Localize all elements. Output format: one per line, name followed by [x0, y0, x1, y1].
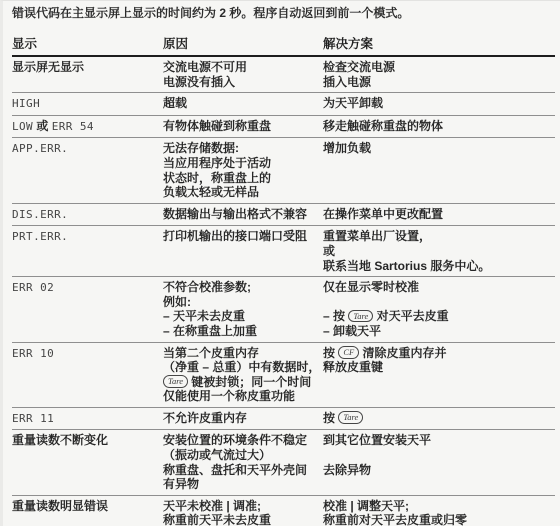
cell-line: 去除异物 — [323, 463, 555, 478]
cell-line: 仅能使用一个称皮重功能 — [163, 389, 323, 404]
cell-line: （净重 – 总重）中有数据时， — [163, 360, 323, 375]
cell-line: （振动或气流过大） — [163, 448, 323, 463]
cell-line — [323, 448, 555, 463]
cell-line: 重量读数不断变化 — [12, 433, 163, 448]
cause-cell: 打印机输出的接口端口受阻 — [163, 229, 323, 273]
cause-cell: 安装位置的环境条件不稳定（振动或气流过大）称重盘、盘托和天平外壳间有异物 — [163, 433, 323, 491]
cf-key-icon: CF — [338, 346, 359, 359]
cell-line: 移走触碰称重盘的物体 — [323, 119, 555, 134]
display-cell: DIS.ERR. — [12, 207, 163, 223]
cell-text: 打印机输出的接口端口受阻 — [163, 229, 307, 243]
cell-text: 有异物 — [163, 477, 199, 491]
cell-text: 去除异物 — [323, 463, 371, 477]
error-code: ERR 54 — [52, 120, 94, 133]
solution-cell: 按 Tare — [323, 411, 555, 427]
cell-line: 打印机输出的接口端口受阻 — [163, 229, 323, 244]
cell-text: 联系当地 Sartorius 服务中心。 — [323, 259, 490, 273]
cell-line: LOW 或 ERR 54 — [12, 119, 163, 135]
cell-text: 重量读数明显错误 — [12, 499, 108, 513]
cell-line: – 天平未去皮重 — [163, 309, 323, 324]
manual-page: 错误代码在主显示屏上显示的时间约为 2 秒。程序自动返回到前一个模式。 显示 原… — [3, 1, 560, 526]
cell-text: 检查交流电源 — [323, 60, 395, 74]
cell-line: 不符合校准参数; — [163, 280, 323, 295]
table-body: 显示屏无显示交流电源不可用电源没有插入检查交流电源插入电源HIGH超载为天平卸载… — [12, 57, 555, 526]
solution-cell: 按 CF 清除皮重内存并释放皮重键 — [323, 346, 555, 404]
error-code: HIGH — [12, 97, 40, 110]
cell-line: 显示屏无显示 — [12, 60, 163, 75]
cell-line: 为天平卸载 — [323, 96, 555, 111]
cell-text: 在操作菜单中更改配置 — [323, 207, 443, 221]
cell-line: 称重前天平未去皮重 — [163, 513, 323, 526]
cell-line: – 按 Tare 对天平去皮重 — [323, 309, 555, 324]
table-row: LOW 或 ERR 54有物体触碰到称重盘移走触碰称重盘的物体 — [12, 116, 555, 139]
cell-text: 按 — [323, 411, 338, 425]
cell-text: 当第二个皮重内存 — [163, 346, 259, 360]
cell-line — [323, 295, 555, 310]
tare-key-icon: Tare — [348, 310, 373, 323]
cell-text: 对天平去皮重 — [373, 309, 448, 323]
column-header-cause: 原因 — [163, 37, 323, 52]
cell-text: 清除皮重内存并 — [359, 346, 446, 360]
cell-text: 称重前天平未去皮重 — [163, 513, 271, 526]
table-row: ERR 10当第二个皮重内存（净重 – 总重）中有数据时，Tare 键被封锁；同… — [12, 343, 555, 408]
display-cell: 重量读数明显错误 — [12, 499, 163, 526]
column-header-solution: 解决方案 — [323, 37, 555, 52]
table-row: ERR 02不符合校准参数;例如:– 天平未去皮重– 在称重盘上加重仅在显示零时… — [12, 277, 555, 342]
cell-text: 电源没有插入 — [163, 75, 235, 89]
solution-cell: 在操作菜单中更改配置 — [323, 207, 555, 223]
table-row: PRT.ERR.打印机输出的接口端口受阻重置菜单出厂设置，或联系当地 Sarto… — [12, 226, 555, 277]
tare-key-icon: Tare — [163, 375, 188, 388]
cell-line: APP.ERR. — [12, 141, 163, 157]
display-cell: ERR 02 — [12, 280, 163, 338]
cell-text: 数据输出与输出格式不兼容 — [163, 207, 307, 221]
cause-cell: 有物体触碰到称重盘 — [163, 119, 323, 135]
display-cell: APP.ERR. — [12, 141, 163, 199]
cell-text: 有物体触碰到称重盘 — [163, 119, 271, 133]
cell-line: 有异物 — [163, 477, 323, 492]
table-header-row: 显示 原因 解决方案 — [12, 37, 555, 57]
solution-cell: 检查交流电源插入电源 — [323, 60, 555, 89]
cell-line: 有物体触碰到称重盘 — [163, 119, 323, 134]
cell-line: PRT.ERR. — [12, 229, 163, 245]
cell-line: DIS.ERR. — [12, 207, 163, 223]
cell-line: 超载 — [163, 96, 323, 111]
cause-cell: 无法存储数据:当应用程序处于活动状态时，称重盘上的负载太轻或无样品 — [163, 141, 323, 199]
cell-line: 例如: — [163, 295, 323, 310]
cause-cell: 交流电源不可用电源没有插入 — [163, 60, 323, 89]
cell-line: 联系当地 Sartorius 服务中心。 — [323, 259, 555, 274]
cell-text: – 天平未去皮重 — [163, 309, 245, 323]
cell-line: 增加负载 — [323, 141, 555, 156]
display-cell: PRT.ERR. — [12, 229, 163, 273]
cell-line: 状态时，称重盘上的 — [163, 171, 323, 186]
cell-line: 称重盘、盘托和天平外壳间 — [163, 463, 323, 478]
cell-text: 键被封锁；同一个时间 — [188, 375, 311, 389]
cell-line: 校准 | 调整天平; — [323, 499, 555, 514]
error-code: LOW — [12, 120, 33, 133]
solution-cell: 为天平卸载 — [323, 96, 555, 112]
cell-text: 显示屏无显示 — [12, 60, 84, 74]
cell-line: 重量读数明显错误 — [12, 499, 163, 514]
error-code: DIS.ERR. — [12, 208, 68, 221]
cell-text: 天平未校准 | 调准; — [163, 499, 261, 513]
cell-text: 仅在显示零时校准 — [323, 280, 419, 294]
cell-text: – 在称重盘上加重 — [163, 324, 257, 338]
cell-line: 电源没有插入 — [163, 75, 323, 90]
error-code-table: 显示 原因 解决方案 显示屏无显示交流电源不可用电源没有插入检查交流电源插入电源… — [12, 37, 555, 526]
cell-line: ERR 10 — [12, 346, 163, 362]
cause-cell: 超载 — [163, 96, 323, 112]
cell-line: 释放皮重键 — [323, 360, 555, 375]
table-row: 显示屏无显示交流电源不可用电源没有插入检查交流电源插入电源 — [12, 57, 555, 93]
cell-text: 释放皮重键 — [323, 360, 383, 374]
cell-line: 仅在显示零时校准 — [323, 280, 555, 295]
cell-text: 为天平卸载 — [323, 96, 383, 110]
solution-cell: 仅在显示零时校准 – 按 Tare 对天平去皮重– 卸载天平 — [323, 280, 555, 338]
table-row: APP.ERR.无法存储数据:当应用程序处于活动状态时，称重盘上的负载太轻或无样… — [12, 138, 555, 203]
cell-line: 检查交流电源 — [323, 60, 555, 75]
cell-text: 移走触碰称重盘的物体 — [323, 119, 443, 133]
cell-text: 称重盘、盘托和天平外壳间 — [163, 463, 307, 477]
cell-line: – 卸载天平 — [323, 324, 555, 339]
error-code: PRT.ERR. — [12, 230, 68, 243]
solution-cell: 重置菜单出厂设置，或联系当地 Sartorius 服务中心。 — [323, 229, 555, 273]
cell-text: 超载 — [163, 96, 187, 110]
cause-cell: 不符合校准参数;例如:– 天平未去皮重– 在称重盘上加重 — [163, 280, 323, 338]
cell-text: 负载太轻或无样品 — [163, 185, 259, 199]
display-cell: ERR 11 — [12, 411, 163, 427]
solution-cell: 移走触碰称重盘的物体 — [323, 119, 555, 135]
cell-line: – 在称重盘上加重 — [163, 324, 323, 339]
cell-line: 数据输出与输出格式不兼容 — [163, 207, 323, 222]
error-code: ERR 02 — [12, 281, 54, 294]
cause-cell: 天平未校准 | 调准;称重前天平未去皮重 — [163, 499, 323, 526]
cell-text: – 按 — [323, 309, 348, 323]
cell-line: 交流电源不可用 — [163, 60, 323, 75]
cell-line: HIGH — [12, 96, 163, 112]
cell-line: 当应用程序处于活动 — [163, 156, 323, 171]
column-header-display: 显示 — [12, 37, 163, 52]
cell-line: ERR 11 — [12, 411, 163, 427]
cell-line: 或 — [323, 244, 555, 259]
table-row: DIS.ERR.数据输出与输出格式不兼容在操作菜单中更改配置 — [12, 204, 555, 227]
error-code: ERR 10 — [12, 347, 54, 360]
cell-text: 仅能使用一个称皮重功能 — [163, 389, 295, 403]
table-row: HIGH超载为天平卸载 — [12, 93, 555, 116]
cell-text: 或 — [33, 119, 52, 133]
cell-text: 状态时，称重盘上的 — [163, 171, 271, 185]
cell-line: 在操作菜单中更改配置 — [323, 207, 555, 222]
intro-text: 错误代码在主显示屏上显示的时间约为 2 秒。程序自动返回到前一个模式。 — [12, 6, 553, 21]
solution-cell: 增加负载 — [323, 141, 555, 199]
error-code: ERR 11 — [12, 412, 54, 425]
cell-text: 按 — [323, 346, 338, 360]
cell-line: 称重前对天平去皮重或归零 — [323, 513, 555, 526]
cell-text: （净重 – 总重）中有数据时， — [163, 360, 320, 374]
display-cell: LOW 或 ERR 54 — [12, 119, 163, 135]
cell-line: 重置菜单出厂设置， — [323, 229, 555, 244]
cell-text: 插入电源 — [323, 75, 371, 89]
display-cell: 显示屏无显示 — [12, 60, 163, 89]
cell-line: ERR 02 — [12, 280, 163, 296]
cell-text: 无法存储数据: — [163, 141, 239, 155]
error-code: APP.ERR. — [12, 142, 68, 155]
cell-line: 按 Tare — [323, 411, 555, 426]
cell-text: 例如: — [163, 295, 191, 309]
cell-line: 无法存储数据: — [163, 141, 323, 156]
cell-text: 校准 | 调整天平; — [323, 499, 409, 513]
table-row: ERR 11不允许皮重内存按 Tare — [12, 408, 555, 431]
cause-cell: 数据输出与输出格式不兼容 — [163, 207, 323, 223]
cell-text: 增加负载 — [323, 141, 371, 155]
cell-text: 当应用程序处于活动 — [163, 156, 271, 170]
cell-text: 交流电源不可用 — [163, 60, 247, 74]
cell-line: 到其它位置安装天平 — [323, 433, 555, 448]
table-row: 重量读数明显错误天平未校准 | 调准;称重前天平未去皮重校准 | 调整天平;称重… — [12, 496, 555, 526]
solution-cell: 校准 | 调整天平;称重前对天平去皮重或归零 — [323, 499, 555, 526]
cell-text: 不允许皮重内存 — [163, 411, 247, 425]
cell-text: 到其它位置安装天平 — [323, 433, 431, 447]
cause-cell: 当第二个皮重内存（净重 – 总重）中有数据时，Tare 键被封锁；同一个时间仅能… — [163, 346, 323, 404]
cell-text: 称重前对天平去皮重或归零 — [323, 513, 467, 526]
cell-line: Tare 键被封锁；同一个时间 — [163, 375, 323, 390]
cell-line: 插入电源 — [323, 75, 555, 90]
cell-line: 负载太轻或无样品 — [163, 185, 323, 200]
cell-text: – 卸载天平 — [323, 324, 381, 338]
solution-cell: 到其它位置安装天平 去除异物 — [323, 433, 555, 491]
cell-text: 或 — [323, 244, 335, 258]
cell-text: 安装位置的环境条件不稳定 — [163, 433, 307, 447]
table-row: 重量读数不断变化安装位置的环境条件不稳定（振动或气流过大）称重盘、盘托和天平外壳… — [12, 430, 555, 495]
cell-text: 不符合校准参数; — [163, 280, 251, 294]
cell-text: 重量读数不断变化 — [12, 433, 108, 447]
cell-line: 当第二个皮重内存 — [163, 346, 323, 361]
cell-line: 按 CF 清除皮重内存并 — [323, 346, 555, 361]
cell-text: 重置菜单出厂设置， — [323, 229, 431, 243]
tare-key-icon: Tare — [338, 411, 363, 424]
cell-line: 不允许皮重内存 — [163, 411, 323, 426]
cause-cell: 不允许皮重内存 — [163, 411, 323, 427]
display-cell: ERR 10 — [12, 346, 163, 404]
display-cell: 重量读数不断变化 — [12, 433, 163, 491]
display-cell: HIGH — [12, 96, 163, 112]
cell-line: 天平未校准 | 调准; — [163, 499, 323, 514]
cell-line: 安装位置的环境条件不稳定 — [163, 433, 323, 448]
cell-text: （振动或气流过大） — [163, 448, 271, 462]
